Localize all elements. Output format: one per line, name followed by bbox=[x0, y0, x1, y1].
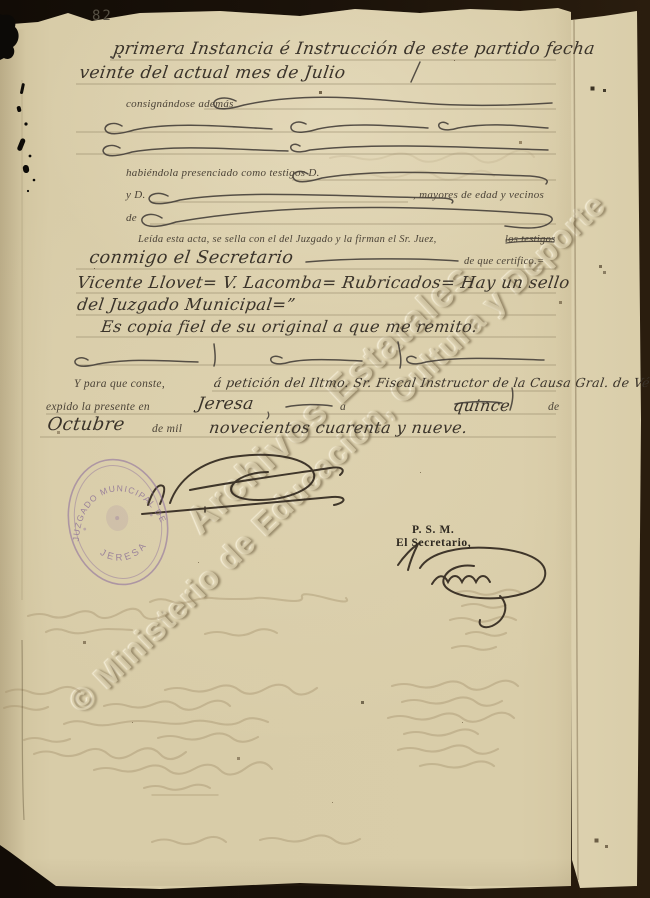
scanned-document: Archivos Estatales © Ministerio de Educa… bbox=[0, 0, 650, 898]
paper-speckles bbox=[0, 0, 1, 1]
ink-blot-and-defects bbox=[0, 0, 650, 898]
